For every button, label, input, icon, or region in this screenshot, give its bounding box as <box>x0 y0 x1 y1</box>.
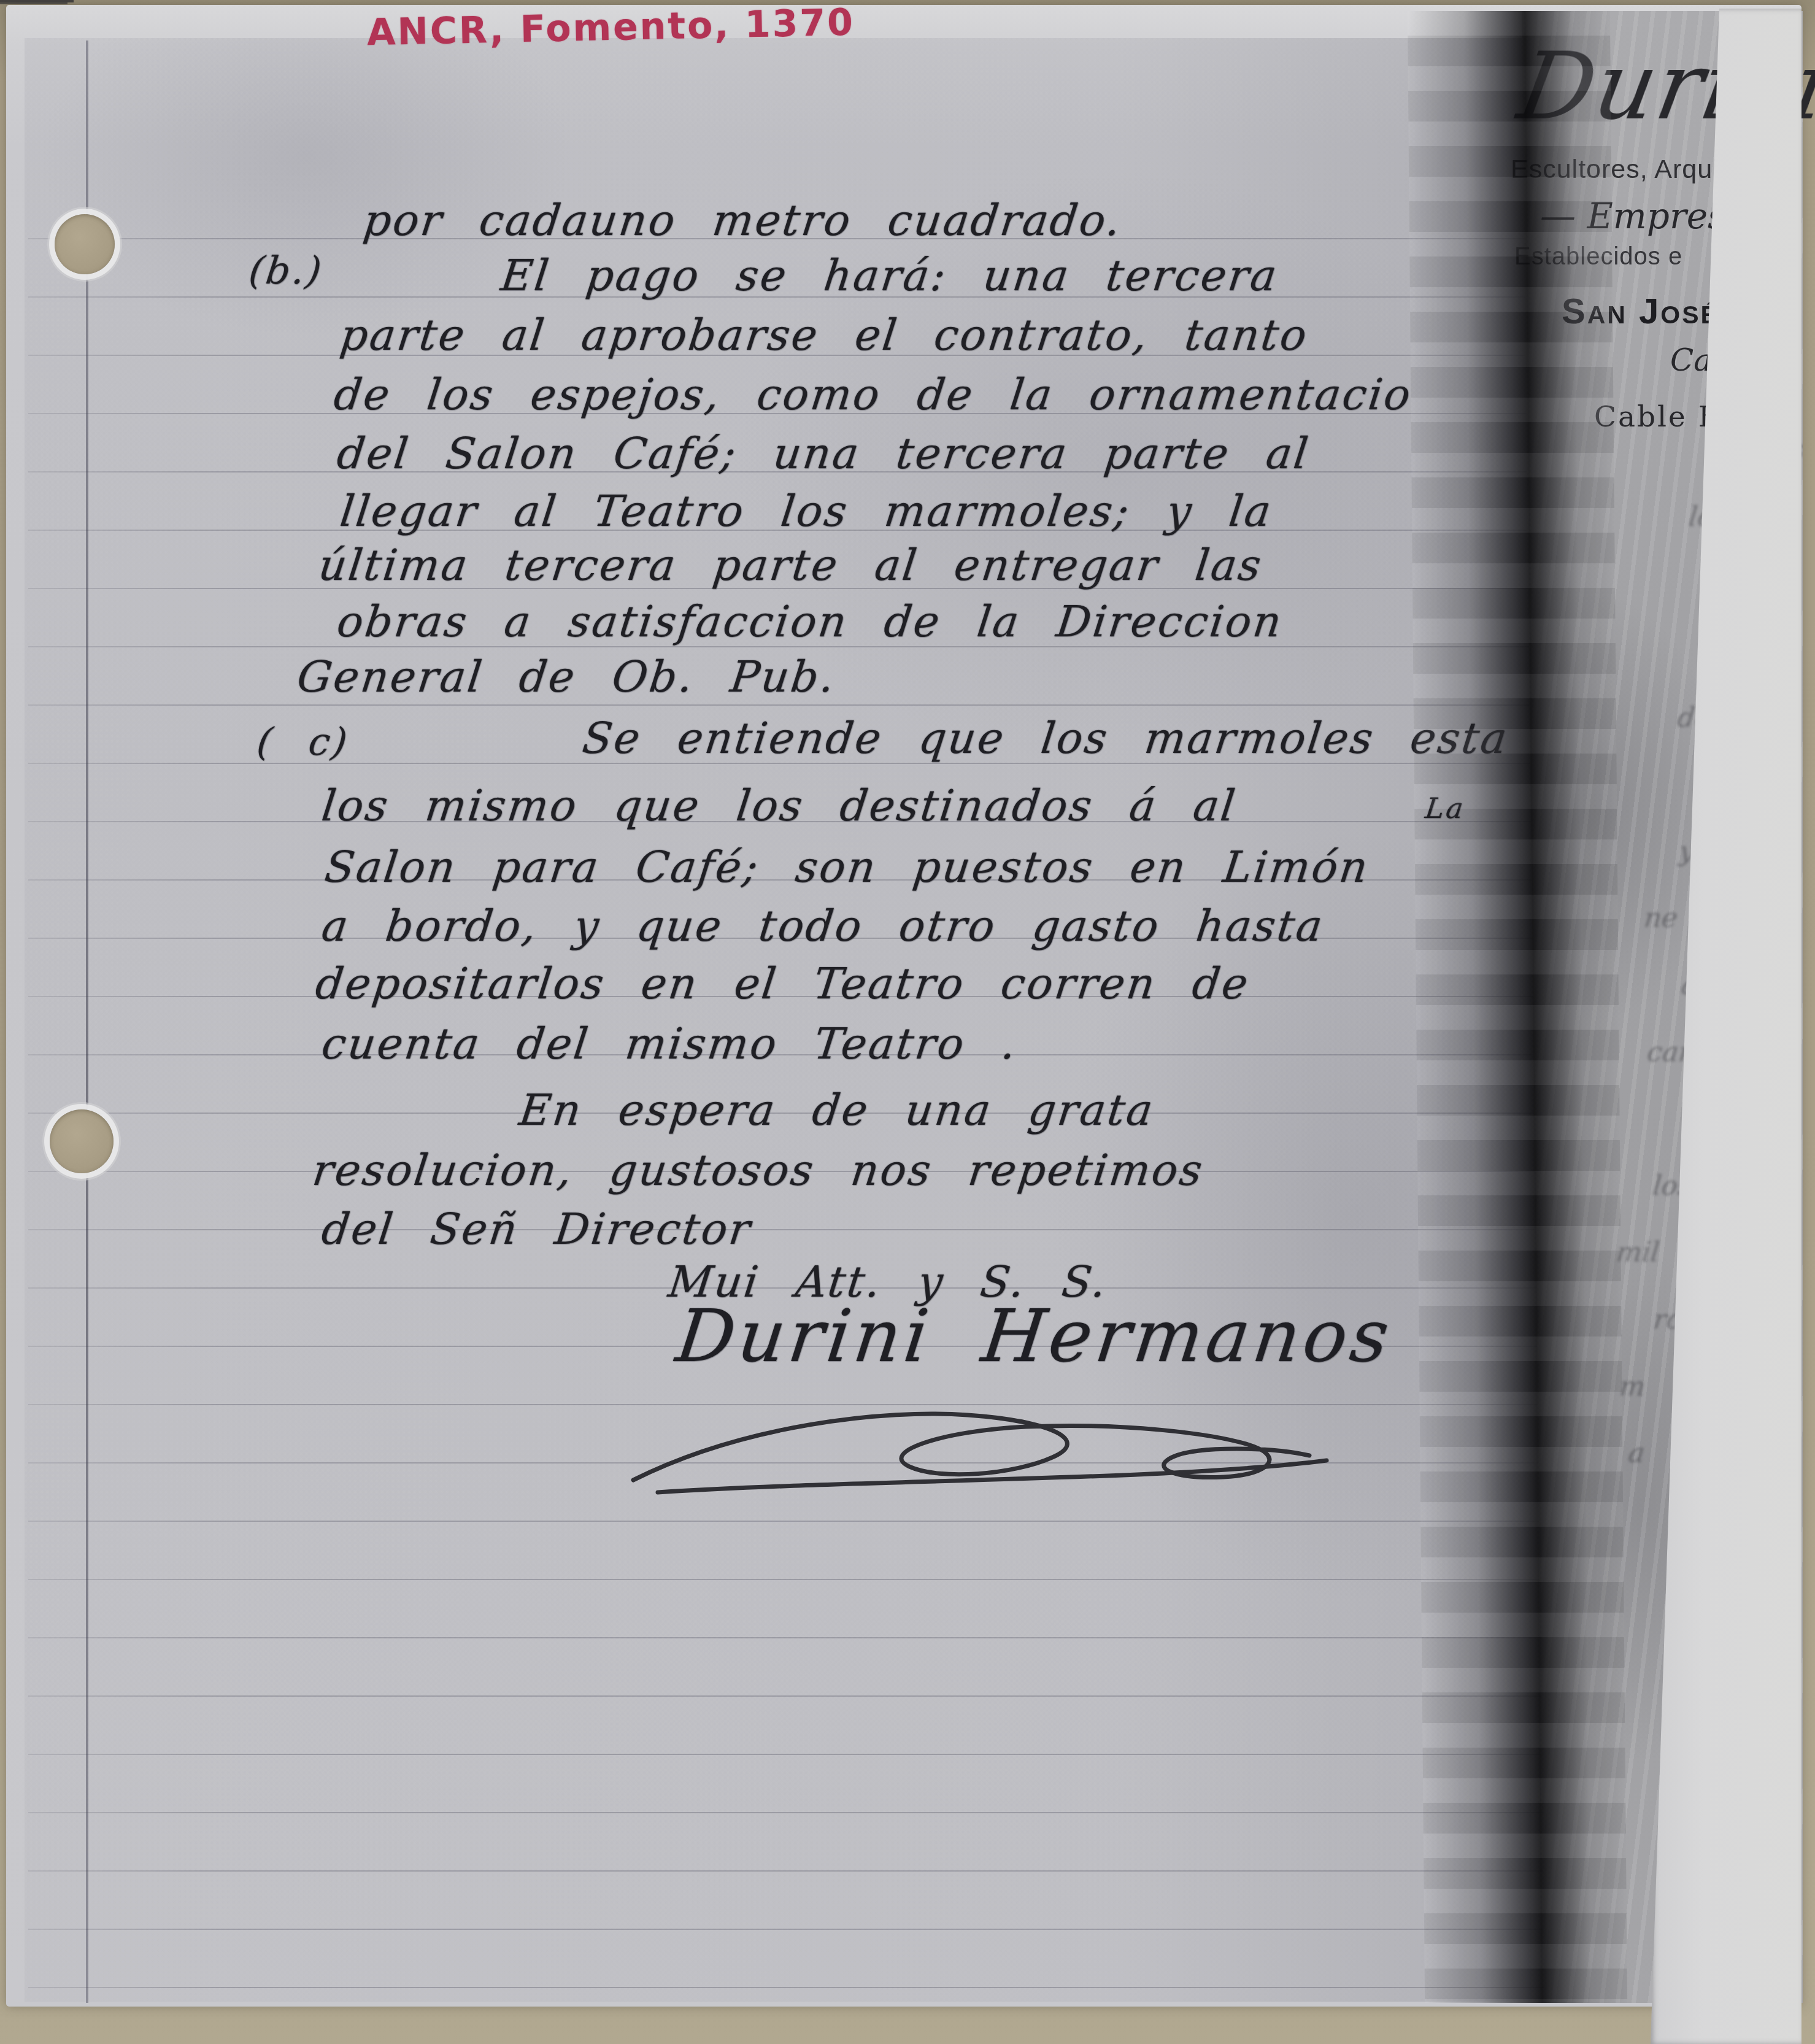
handwritten-line: última tercera parte al entregar las <box>316 540 1266 590</box>
handwritten-line: El pago se hará: una tercera <box>498 250 1281 301</box>
handwritten-line: Salon para Café; son puestos en Limón <box>322 842 1372 892</box>
letterhead-rule <box>0 2 67 4</box>
archive-photo: ANCR, Fomento, 1370 por cadauno metro cu… <box>0 0 1815 2044</box>
letterhead-ca-fragment: Ca <box>1670 342 1712 378</box>
handwritten-line: depositarlos en el Teatro corren de <box>313 958 1252 1009</box>
signature-line: Durini Hermanos <box>672 1294 1397 1378</box>
handwritten-line: Se entiende que los marmoles esta <box>580 713 1511 763</box>
handwritten-line: cuenta del mismo Teatro . <box>319 1019 1020 1069</box>
handwritten-line: parte al aprobarse el contrato, tanto <box>337 310 1311 360</box>
paragraph-label-b: (b.) <box>247 248 326 293</box>
signature-flourish <box>621 1388 1345 1511</box>
handwriting-layer: por cadauno metro cuadrado. (b.) El pago… <box>0 0 1603 2044</box>
handwritten-line: de los espejos, como de la ornamentacio <box>331 369 1415 420</box>
letterhead: Durini Escultores, Arquite — Empresa Est… <box>0 0 74 4</box>
handwritten-line: por cadauno metro cuadrado. <box>361 195 1125 245</box>
handwritten-line: En espera de una grata <box>517 1085 1157 1135</box>
handwritten-line: llegar al Teatro los marmoles; y la <box>337 486 1276 536</box>
paragraph-label-c: ( c) <box>255 719 352 764</box>
letterhead-trade-line: Escultores, Arquite <box>1511 155 1743 185</box>
handwritten-line: obras a satisfaccion de la Direccion <box>334 596 1286 647</box>
handwritten-line: los mismo que los destinados á al <box>319 781 1239 831</box>
letterhead-established-line: Establecidos e <box>1514 243 1682 271</box>
punch-hole-bottom <box>50 1109 114 1173</box>
handwritten-line: del Salon Café; una tercera parte al <box>334 428 1312 479</box>
handwritten-line: a bordo, y que todo otro gasto hasta <box>319 901 1327 951</box>
punch-hole-top <box>55 214 115 274</box>
handwritten-line: resolucion, gustosos nos repetimos <box>310 1145 1207 1195</box>
letterhead-city: San José <box>1562 291 1719 332</box>
handwritten-line: del Señ Director <box>319 1204 755 1254</box>
handwritten-line: General de Ob. Pub. <box>295 652 839 702</box>
interline-insert: La <box>1424 792 1467 825</box>
